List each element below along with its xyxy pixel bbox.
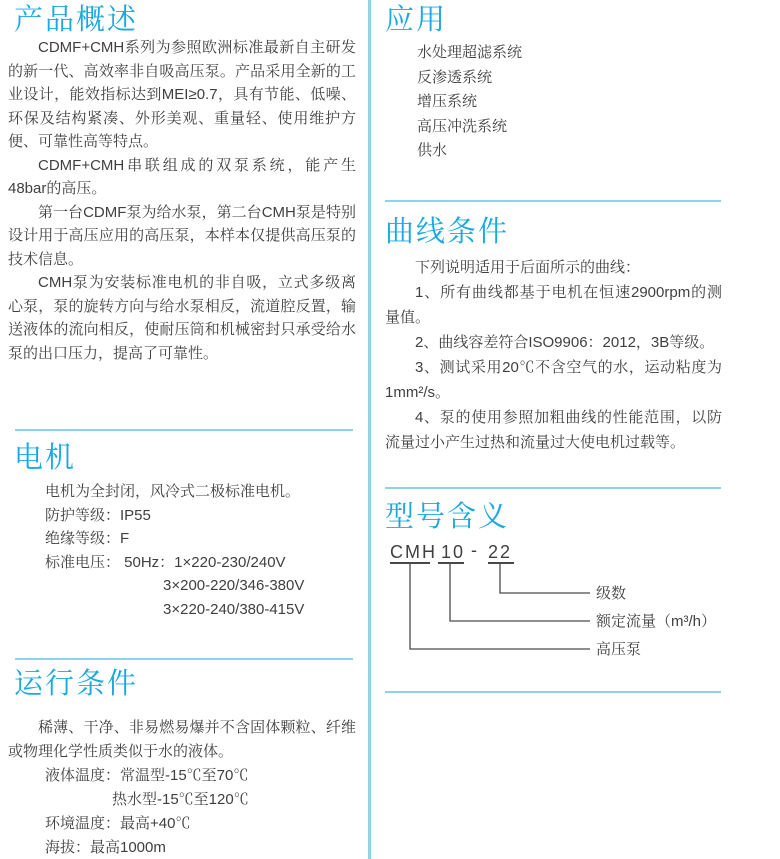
- section-product-overview-title: 产品概述: [14, 4, 138, 37]
- curve-note: 3、测试采用20℃不含空气的水，运动粘度为1mm²/s。: [385, 355, 722, 405]
- section-operating-title: 运行条件: [14, 668, 138, 701]
- motor-spec-line: 3×200-220/346-380V: [8, 574, 356, 598]
- operating-spec-line: 海拔：最高1000m: [8, 836, 356, 859]
- motor-spec-line: 防护等级：IP55: [8, 504, 356, 528]
- section-rule: [385, 487, 721, 489]
- section-rule: [15, 658, 353, 660]
- curve-note: 4、泵的使用参照加粗曲线的性能范围，以防流量过小产生过热和流量过大使电机过载等。: [385, 405, 722, 455]
- model-connector-flow: [450, 563, 590, 621]
- product-overview-body: CDMF+CMH系列为参照欧洲标准最新自主研发的新一代、高效率非自吸高压泵。产品…: [8, 36, 356, 365]
- operating-conditions-body: 稀薄、干净、非易燃易爆并不含固体颗粒、纤维或物理化学性质类似于水的液体。 液体温…: [8, 716, 356, 859]
- curve-conditions-body: 下列说明适用于后面所示的曲线： 1、所有曲线都基于电机在恒速2900rpm的测量…: [385, 255, 722, 455]
- operating-spec-line: 液体温度：常温型-15℃至70℃: [8, 764, 356, 788]
- motor-spec-line: 3×220-240/380-415V: [8, 598, 356, 622]
- section-motor-title: 电机: [14, 442, 76, 475]
- operating-paragraph: 稀薄、干净、非易燃易爆并不含固体颗粒、纤维或物理化学性质类似于水的液体。: [8, 716, 356, 764]
- application-item: 水处理超滤系统: [385, 41, 722, 66]
- motor-specs: 电机为全封闭，风冷式二极标准电机。 防护等级：IP55 绝缘等级：F 标准电压：…: [8, 480, 356, 621]
- overview-paragraph: CDMF+CMH串联组成的双泵系统，能产生48bar的高压。: [8, 154, 356, 201]
- application-item: 反渗透系统: [385, 66, 722, 91]
- overview-paragraph: CMH泵为安装标准电机的非自吸，立式多级离心泵，泵的旋转方向与给水泵相反，流道腔…: [8, 271, 356, 365]
- model-code-stages: 22: [488, 542, 512, 562]
- motor-spec-line: 标准电压： 50Hz：1×220-230/240V: [8, 551, 356, 575]
- model-label-stages: 级数: [596, 585, 626, 602]
- section-model-meaning-title: 型号含义: [385, 501, 509, 534]
- section-rule: [385, 200, 721, 202]
- application-item: 供水: [385, 139, 722, 164]
- operating-spec-line: 热水型-15℃至120℃: [8, 788, 356, 812]
- motor-spec-line: 电机为全封闭，风冷式二极标准电机。: [8, 480, 356, 504]
- section-rule: [385, 691, 721, 693]
- curve-note: 2、曲线容差符合ISO9906：2012，3B等级。: [385, 330, 722, 355]
- model-diagram: CMH 10 - 22 级数 额定流量（m³/h） 高压泵: [385, 538, 720, 668]
- model-code-flow: 10: [441, 542, 465, 562]
- page-root: 产品概述 CDMF+CMH系列为参照欧洲标准最新自主研发的新一代、高效率非自吸高…: [0, 0, 780, 859]
- applications-list: 水处理超滤系统 反渗透系统 增压系统 高压冲洗系统 供水: [385, 41, 722, 164]
- application-item: 高压冲洗系统: [385, 115, 722, 140]
- model-connector-stages: [500, 563, 590, 593]
- model-code-separator: -: [471, 540, 479, 560]
- model-label-series: 高压泵: [596, 640, 641, 658]
- column-divider: [368, 0, 371, 859]
- motor-spec-line: 绝缘等级：F: [8, 527, 356, 551]
- section-curve-conditions-title: 曲线条件: [385, 216, 509, 249]
- operating-spec-line: 环境温度：最高+40℃: [8, 812, 356, 836]
- curve-note: 1、所有曲线都基于电机在恒速2900rpm的测量值。: [385, 280, 722, 330]
- model-label-flow: 额定流量（m³/h）: [596, 613, 716, 630]
- overview-paragraph: CDMF+CMH系列为参照欧洲标准最新自主研发的新一代、高效率非自吸高压泵。产品…: [8, 36, 356, 154]
- section-rule: [15, 429, 353, 431]
- model-code-series: CMH: [390, 542, 437, 562]
- section-applications-title: 应用: [385, 4, 447, 37]
- curve-note: 下列说明适用于后面所示的曲线：: [385, 255, 722, 280]
- overview-paragraph: 第一台CDMF泵为给水泵，第二台CMH泵是特别设计用于高压应用的高压泵，本样本仅…: [8, 201, 356, 272]
- application-item: 增压系统: [385, 90, 722, 115]
